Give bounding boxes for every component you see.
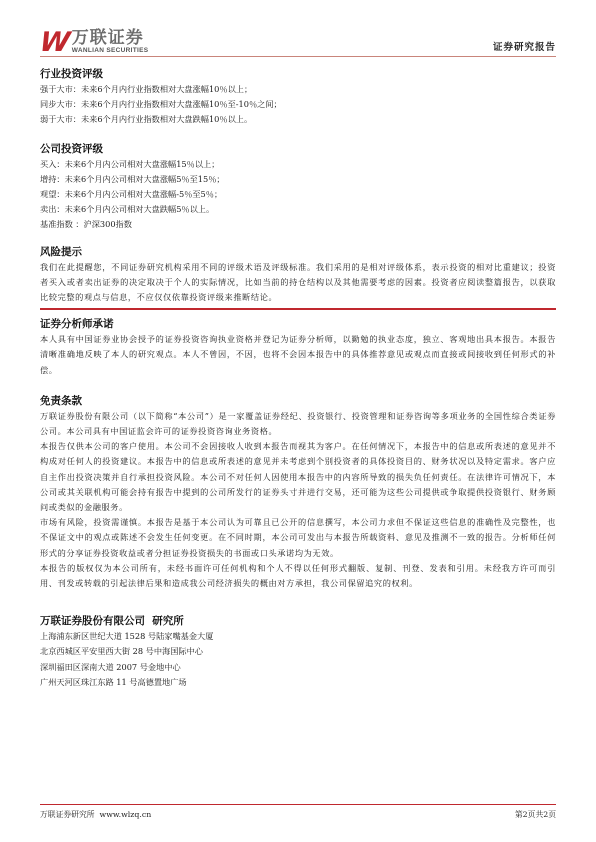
- industry-rating-section: 行业投资评级 强于大市：未来6个月内行业指数相对大盘涨幅10％以上； 同步大市：…: [40, 66, 556, 128]
- company-rating-section: 公司投资评级 买入：未来6个月内公司相对大盘涨幅15％以上； 增持：未来6个月内…: [40, 141, 556, 233]
- risk-section: 风险提示 我们在此提醒您，不同证券研究机构采用不同的评级术语及评级标准。我们采用…: [40, 244, 556, 311]
- disclaimer-paragraph: 万联证券股份有限公司（以下简称“本公司”）是一家覆盖证券经纪、投资银行、投资管理…: [40, 409, 556, 439]
- page-footer: 万联证券研究所 www.wlzq.cn 第2页共2页: [40, 804, 556, 820]
- document-type: 证券研究报告: [493, 39, 556, 53]
- address-line: 广州天河区珠江东路 11 号高德置地广场: [40, 675, 556, 690]
- footer-source: 万联证券研究所 www.wlzq.cn: [40, 809, 151, 820]
- address-line: 北京西城区平安里西大街 28 号中海国际中心: [40, 644, 556, 659]
- section-title: 证券分析师承诺: [40, 316, 556, 332]
- pledge-text: 本人具有中国证券业协会授予的证券投资咨询执业资格并登记为证券分析师，以勤勉的执业…: [40, 332, 556, 378]
- section-title: 公司投资评级: [40, 141, 556, 157]
- address-line: 深圳福田区深南大道 2007 号金地中心: [40, 660, 556, 675]
- rating-item: 弱于大市：未来6个月内行业指数相对大盘跌幅10％以上。: [40, 112, 556, 127]
- disclaimer-paragraph: 本报告仅供本公司的客户使用。本公司不会因接收人收到本报告而视其为客户。在任何情况…: [40, 439, 556, 515]
- logo-english-name: WANLIAN SECURITIES: [72, 47, 149, 55]
- disclaimer-paragraph: 市场有风险，投资需谨慎。本报告是基于本公司认为可靠且已公开的信息撰写，本公司力求…: [40, 515, 556, 561]
- rating-item: 增持：未来6个月内公司相对大盘涨幅5％至15％；: [40, 172, 556, 187]
- section-title: 行业投资评级: [40, 66, 556, 82]
- page-number: 第2页共2页: [515, 809, 556, 820]
- rating-item: 买入：未来6个月内公司相对大盘涨幅15％以上；: [40, 157, 556, 172]
- disclaimer-paragraph: 本报告的版权仅为本公司所有，未经书面许可任何机构和个人不得以任何形式翻版、复制、…: [40, 561, 556, 591]
- rating-item: 强于大市：未来6个月内行业指数相对大盘涨幅10％以上；: [40, 82, 556, 97]
- rating-item: 观望：未来6个月内公司相对大盘涨幅-5％至5％；: [40, 187, 556, 202]
- page-content: 行业投资评级 强于大市：未来6个月内行业指数相对大盘涨幅10％以上； 同步大市：…: [40, 66, 556, 690]
- disclaimer-section: 免责条款 万联证券股份有限公司（以下简称“本公司”）是一家覆盖证券经纪、投资银行…: [40, 393, 556, 591]
- analyst-pledge-section: 证券分析师承诺 本人具有中国证券业协会授予的证券投资咨询执业资格并登记为证券分析…: [40, 316, 556, 378]
- address-line: 上海浦东新区世纪大道 1528 号陆家嘴基金大厦: [40, 629, 556, 644]
- company-logo: W 万联证券 WANLIAN SECURITIES: [40, 28, 148, 55]
- logo-chinese-name: 万联证券: [72, 30, 149, 47]
- section-title: 免责条款: [40, 393, 556, 409]
- section-divider: [40, 308, 556, 310]
- logo-mark-icon: W: [38, 30, 69, 55]
- company-info-section: 万联证券股份有限公司 研究所 上海浦东新区世纪大道 1528 号陆家嘴基金大厦 …: [40, 613, 556, 690]
- rating-item: 同步大市：未来6个月内行业指数相对大盘涨幅10％至-10％之间；: [40, 97, 556, 112]
- page-header: W 万联证券 WANLIAN SECURITIES 证券研究报告: [40, 28, 556, 57]
- rating-item: 卖出：未来6个月内公司相对大盘跌幅5％以上。: [40, 202, 556, 217]
- section-title: 风险提示: [40, 244, 556, 260]
- risk-text: 我们在此提醒您，不同证券研究机构采用不同的评级术语及评级标准。我们采用的是相对评…: [40, 260, 556, 306]
- company-name: 万联证券股份有限公司 研究所: [40, 613, 556, 629]
- benchmark-index: 基准指数 ：沪深300指数: [40, 217, 556, 232]
